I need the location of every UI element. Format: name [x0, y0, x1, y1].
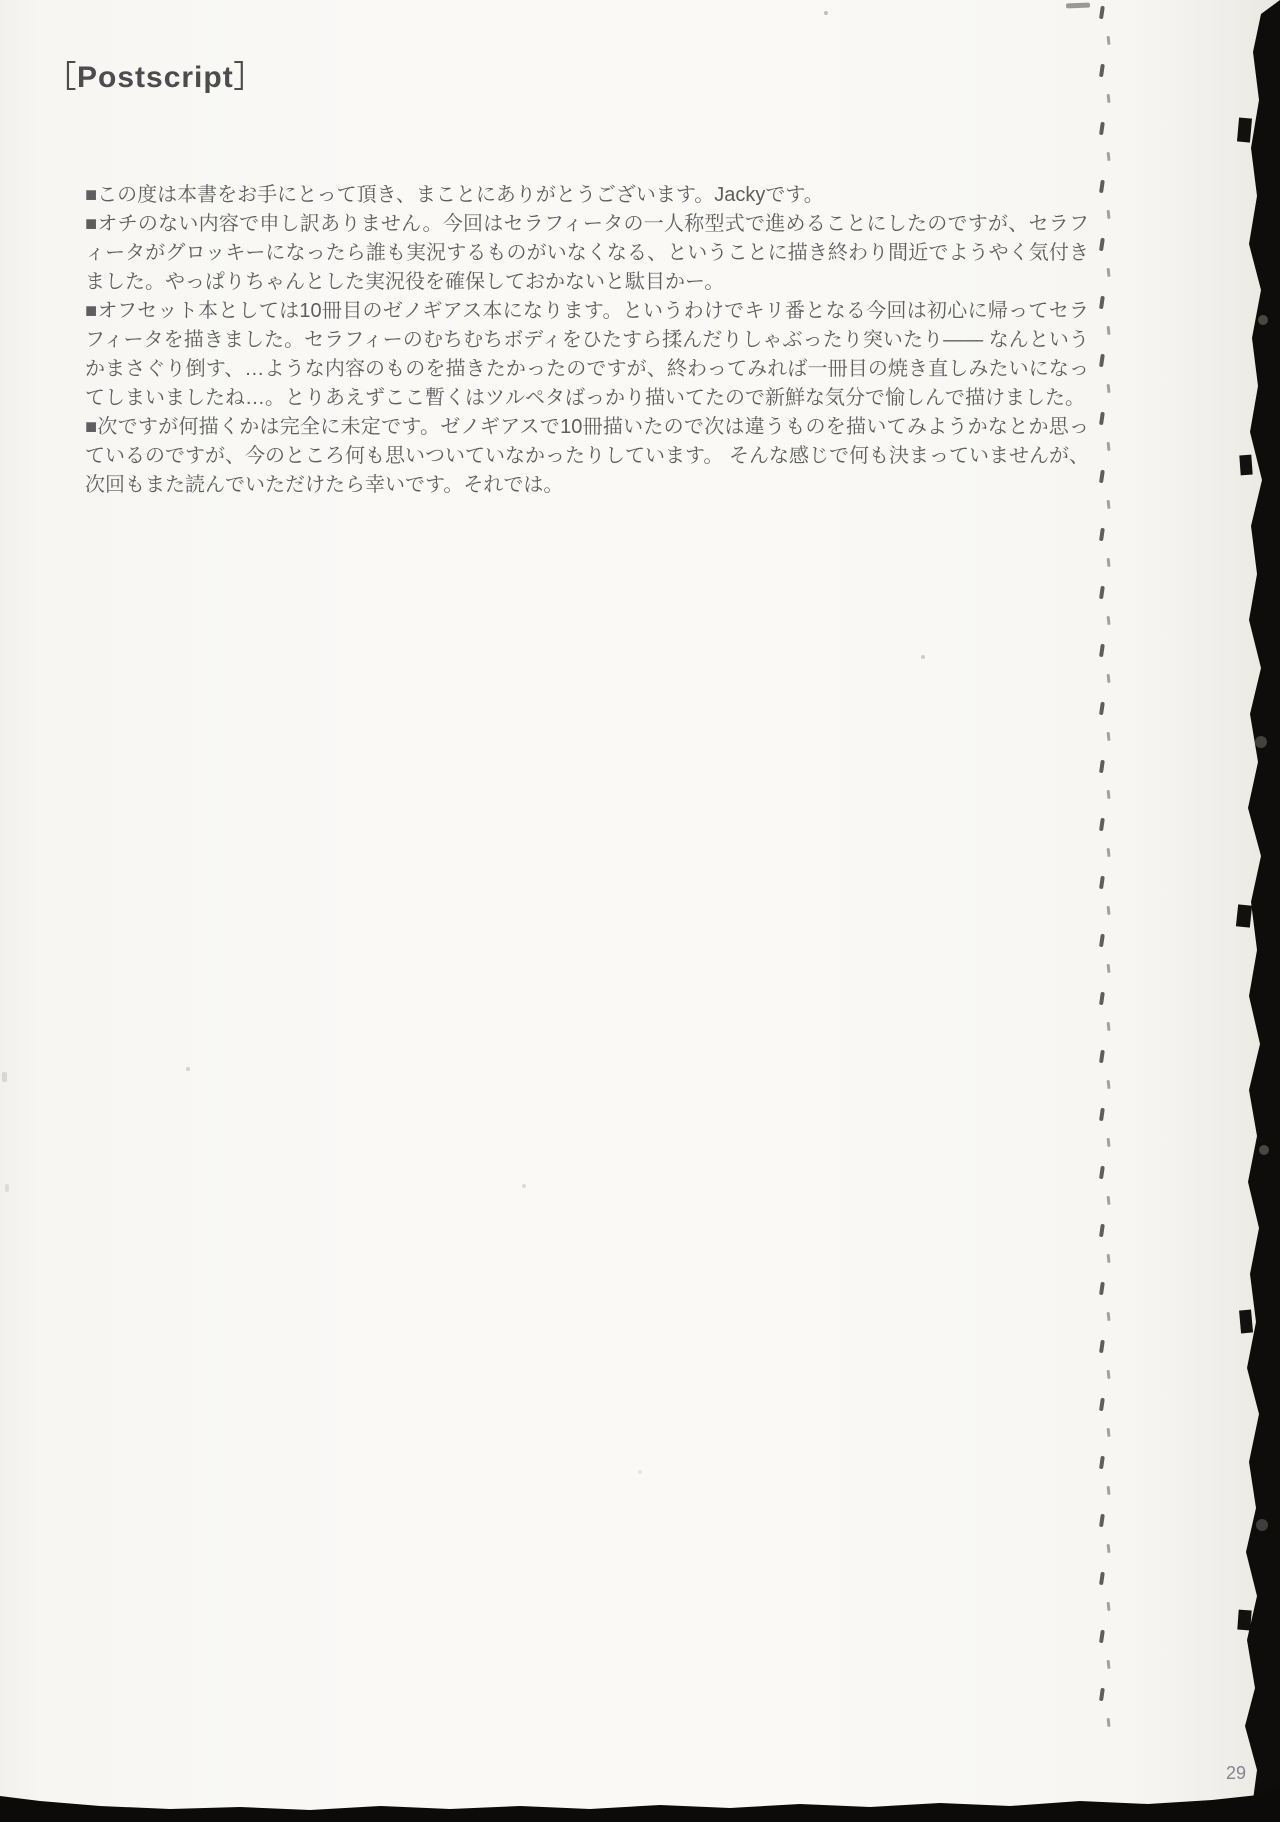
- page-edge-ticks: [1094, 0, 1120, 1740]
- postscript-body-text: ■この度は本書をお手にとって頂き、まことにありがとうございます。Jackyです。…: [85, 181, 1089, 500]
- paragraph-thanks: ■この度は本書をお手にとって頂き、まことにありがとうございます。Jackyです。: [85, 181, 1089, 210]
- bottom-scan-edge: [0, 1786, 1280, 1822]
- page-number: 29: [1226, 1763, 1246, 1784]
- paragraph-next-plans: ■次ですが何描くかは完全に未定です。ゼノギアスで10冊描いたので次は違うものを描…: [85, 413, 1089, 500]
- right-scan-edge: [1245, 0, 1280, 1822]
- page-title: ［Postscript］: [46, 52, 265, 96]
- paragraph-tenth-book: ■オフセット本としては10冊目のゼノギアス本になります。というわけでキリ番となる…: [85, 297, 1089, 413]
- paragraph-apology: ■オチのない内容で申し訳ありません。今回はセラフィータの一人称型式で進めることに…: [85, 210, 1089, 297]
- scanned-document-page: ［Postscript］ ■この度は本書をお手にとって頂き、まことにありがとうご…: [0, 0, 1280, 1822]
